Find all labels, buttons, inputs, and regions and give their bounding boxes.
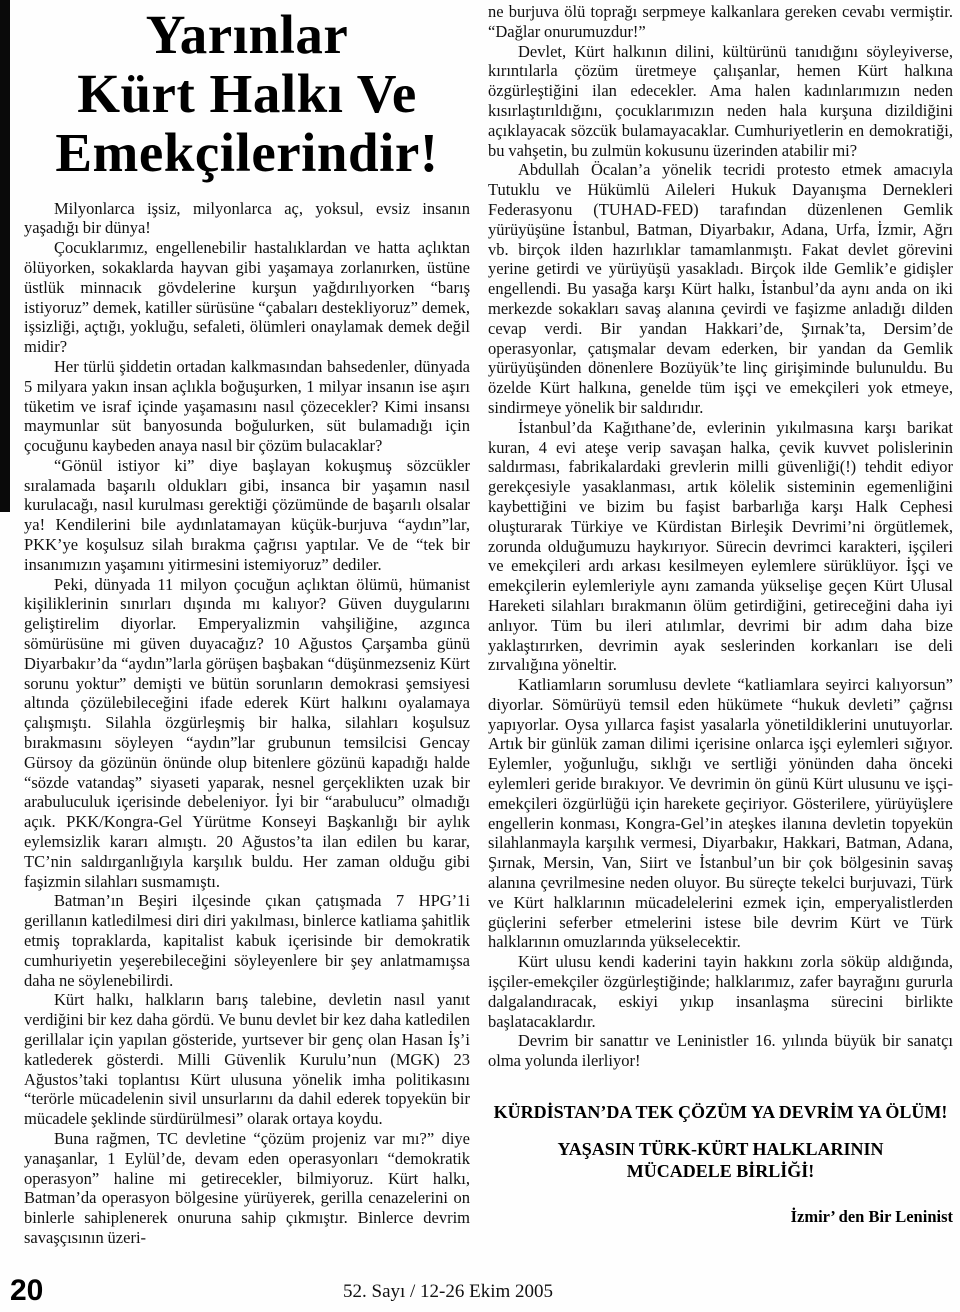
right-paragraph-1: ne burjuva ölü toprağı serpmeye kalkanla… <box>488 2 953 42</box>
left-margin-bar <box>0 0 10 512</box>
left-paragraph-2: Çocuklarımız, engellenebilir hastalıklar… <box>24 238 470 357</box>
article-title: Yarınlar Kürt Halkı Ve Emekçilerindir! <box>24 6 470 183</box>
article-title-line-3: Emekçilerindir! <box>24 124 470 183</box>
right-paragraph-2: Devlet, Kürt halkının dilini, kültürünü … <box>488 42 953 161</box>
left-paragraph-8: Buna rağmen, TC devletine “çözüm projeni… <box>24 1129 470 1248</box>
right-column: ne burjuva ölü toprağı serpmeye kalkanla… <box>488 2 953 1227</box>
left-paragraph-5: Peki, dünyada 11 milyon çocuğun açlıktan… <box>24 575 470 892</box>
page-number: 20 <box>10 1274 43 1308</box>
right-paragraph-3: Abdullah Öcalan’a yönelik tecridi protes… <box>488 160 953 417</box>
intro-paragraph: Milyonlarca işsiz, milyonlarca aç, yoksu… <box>24 199 470 239</box>
slogan-kurdistan: KÜRDİSTAN’DA TEK ÇÖZÜM YA DEVRİM YA ÖLÜM… <box>488 1101 953 1124</box>
article-title-line-2: Kürt Halkı Ve <box>24 65 470 124</box>
left-paragraph-3: Her türlü şiddetin ortadan kalkmasından … <box>24 357 470 456</box>
author-signature: İzmir’ den Bir Leninist <box>488 1207 953 1227</box>
left-paragraph-7: Kürt halkı, halkların barış talebine, de… <box>24 990 470 1129</box>
right-paragraph-7: Devrim bir sanattır ve Leninistler 16. y… <box>488 1031 953 1071</box>
magazine-page: Yarınlar Kürt Halkı Ve Emekçilerindir! M… <box>0 0 960 1312</box>
right-paragraph-6: Kürt ulusu kendi kaderini tayin hakkını … <box>488 952 953 1031</box>
right-paragraph-4: İstanbul’da Kağıthane’de, evlerinin yıkı… <box>488 418 953 675</box>
left-paragraph-4: “Gönül istiyor ki” diye başlayan kokuşmu… <box>24 456 470 575</box>
issue-info: 52. Sayı / 12-26 Ekim 2005 <box>343 1281 553 1303</box>
slogan-mucadele-birligi: YAŞASIN TÜRK-KÜRT HALKLARININ MÜCADELE B… <box>521 1138 921 1183</box>
left-paragraph-6: Batman’ın Beşiri ilçesinde çıkan çatışma… <box>24 891 470 990</box>
left-column: Yarınlar Kürt Halkı Ve Emekçilerindir! M… <box>24 6 470 1248</box>
right-paragraph-5: Katliamların sorumlusu devlete “katliaml… <box>488 675 953 952</box>
article-title-line-1: Yarınlar <box>24 6 470 65</box>
